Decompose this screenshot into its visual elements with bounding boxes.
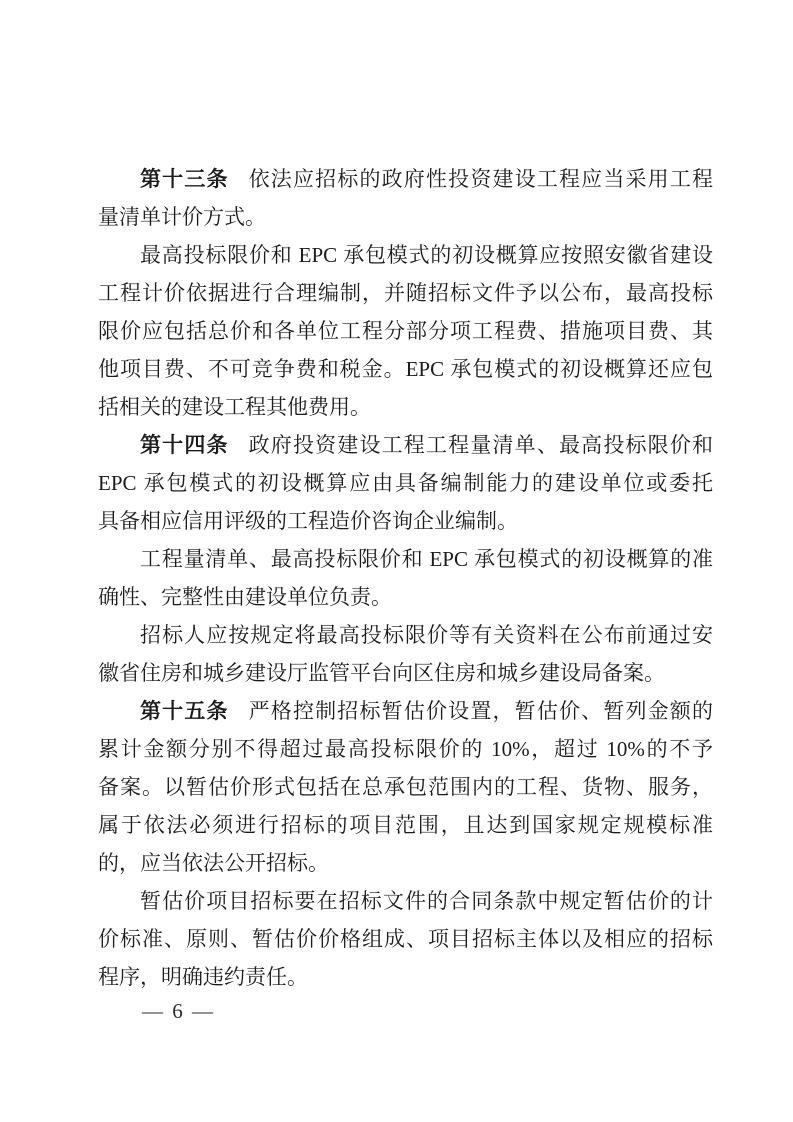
line-text: 暂估价项目招标要在招标文件的合同条款中规定暂估价的计 <box>140 889 713 913</box>
text-line: 备案。以暂估价形式包括在总承包范围内的工程、货物、服务， <box>98 768 713 806</box>
text-line: 最高投标限价和 EPC 承包模式的初设概算应按照安徽省建设 <box>98 236 713 274</box>
line-text: 限价应包括总价和各单位工程分部分项工程费、措施项目费、其 <box>98 319 713 343</box>
text-line: 工程计价依据进行合理编制，并随招标文件予以公布，最高投标 <box>98 274 713 312</box>
text-line: 第十三条依法应招标的政府性投资建设工程应当采用工程 <box>98 160 713 198</box>
text-line: 属于依法必须进行招标的项目范围，且达到国家规定规模标准 <box>98 806 713 844</box>
text-line: 招标人应按规定将最高投标限价等有关资料在公布前通过安 <box>98 616 713 654</box>
text-line: 第十五条严格控制招标暂估价设置，暂估价、暂列金额的 <box>98 692 713 730</box>
line-text: 严格控制招标暂估价设置，暂估价、暂列金额的 <box>249 699 713 723</box>
line-text: 他项目费、不可竞争费和税金。EPC 承包模式的初设概算还应包 <box>98 357 713 381</box>
text-line: 徽省住房和城乡建设厅监管平台向区住房和城乡建设局备案。 <box>98 654 713 692</box>
line-text: 量清单计价方式。 <box>98 205 266 229</box>
text-line: 他项目费、不可竞争费和税金。EPC 承包模式的初设概算还应包 <box>98 350 713 388</box>
text-line: 暂估价项目招标要在招标文件的合同条款中规定暂估价的计 <box>98 882 713 920</box>
article-number: 第十四条 <box>140 433 229 457</box>
text-line: 工程量清单、最高投标限价和 EPC 承包模式的初设概算的准 <box>98 540 713 578</box>
text-line: 第十四条政府投资建设工程工程量清单、最高投标限价和 <box>98 426 713 464</box>
article-number: 第十五条 <box>140 699 229 723</box>
text-line: EPC 承包模式的初设概算应由具备编制能力的建设单位或委托 <box>98 464 713 502</box>
line-text: 工程量清单、最高投标限价和 EPC 承包模式的初设概算的准 <box>140 547 713 571</box>
line-text: 价标准、原则、暂估价价格组成、项目招标主体以及相应的招标 <box>98 927 713 951</box>
line-text: 徽省住房和城乡建设厅监管平台向区住房和城乡建设局备案。 <box>98 661 665 685</box>
text-line: 的，应当依法公开招标。 <box>98 844 713 882</box>
text-line: 限价应包括总价和各单位工程分部分项工程费、措施项目费、其 <box>98 312 713 350</box>
line-text: 备案。以暂估价形式包括在总承包范围内的工程、货物、服务， <box>98 775 713 799</box>
line-text: 具备相应信用评级的工程造价咨询企业编制。 <box>98 509 518 533</box>
line-text: 的，应当依法公开招标。 <box>98 851 329 875</box>
line-text: 括相关的建设工程其他费用。 <box>98 395 371 419</box>
text-line: 价标准、原则、暂估价价格组成、项目招标主体以及相应的招标 <box>98 920 713 958</box>
text-line: 确性、完整性由建设单位负责。 <box>98 578 713 616</box>
text-line: 括相关的建设工程其他费用。 <box>98 388 713 426</box>
line-text: 累计金额分别不得超过最高投标限价的 10%，超过 10%的不予 <box>98 737 713 761</box>
line-text: 程序，明确违约责任。 <box>98 965 308 989</box>
line-text: 工程计价依据进行合理编制，并随招标文件予以公布，最高投标 <box>98 281 713 305</box>
text-line: 累计金额分别不得超过最高投标限价的 10%，超过 10%的不予 <box>98 730 713 768</box>
line-text: 招标人应按规定将最高投标限价等有关资料在公布前通过安 <box>140 623 713 647</box>
line-text: EPC 承包模式的初设概算应由具备编制能力的建设单位或委托 <box>98 471 713 495</box>
line-text: 政府投资建设工程工程量清单、最高投标限价和 <box>249 433 713 457</box>
text-line: 程序，明确违约责任。 <box>98 958 713 996</box>
line-text: 属于依法必须进行招标的项目范围，且达到国家规定规模标准 <box>98 813 713 837</box>
text-line: 量清单计价方式。 <box>98 198 713 236</box>
document-page: 第十三条依法应招标的政府性投资建设工程应当采用工程 量清单计价方式。 最高投标限… <box>0 0 793 1122</box>
page-number: — 6 — <box>142 998 215 1024</box>
line-text: 确性、完整性由建设单位负责。 <box>98 585 392 609</box>
article-number: 第十三条 <box>140 167 229 191</box>
line-text: 依法应招标的政府性投资建设工程应当采用工程 <box>249 167 713 191</box>
text-line: 具备相应信用评级的工程造价咨询企业编制。 <box>98 502 713 540</box>
line-text: 最高投标限价和 EPC 承包模式的初设概算应按照安徽省建设 <box>140 243 713 267</box>
document-body: 第十三条依法应招标的政府性投资建设工程应当采用工程 量清单计价方式。 最高投标限… <box>98 160 713 996</box>
